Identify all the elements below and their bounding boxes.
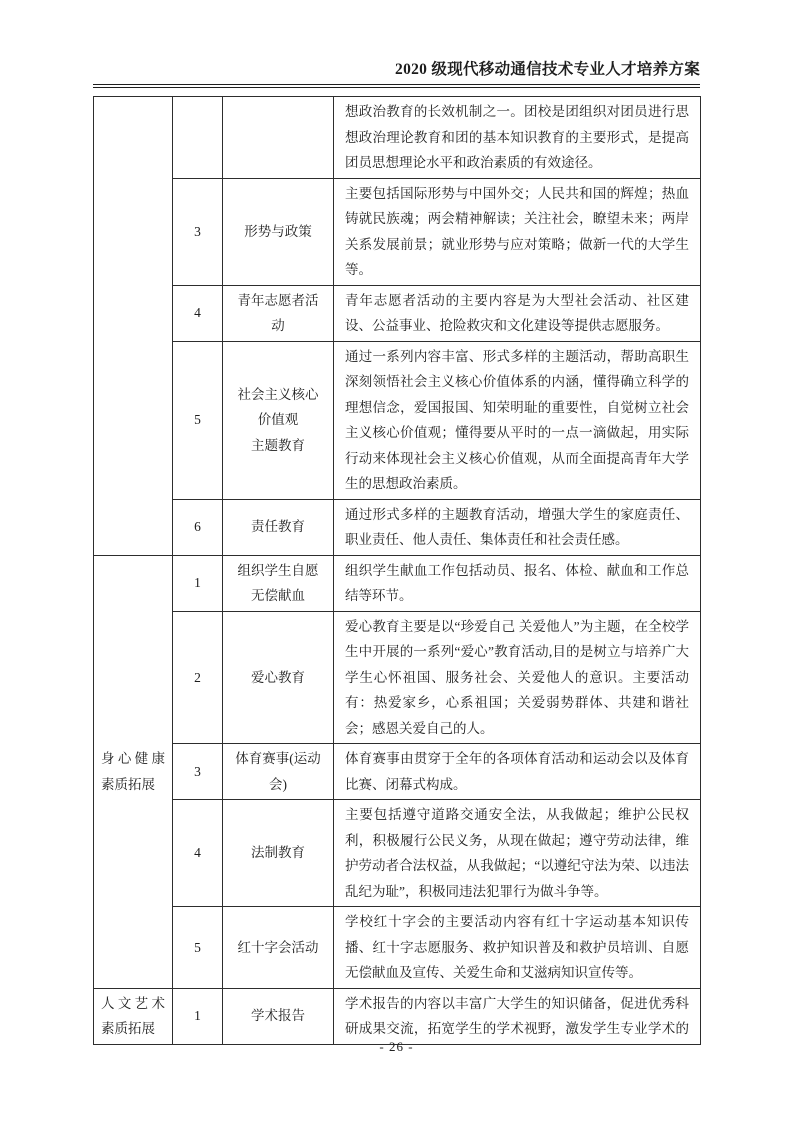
row-number-cell xyxy=(173,97,223,179)
page-number: - 26 - xyxy=(0,1039,793,1055)
table-row: 人文艺术素质拓展1学术报告学术报告的内容以丰富广大学生的知识储备，促进优秀科研成… xyxy=(94,988,701,1044)
training-table-body: 想政治教育的长效机制之一。团校是团组织对团员进行思想政治理论教育和团的基本知识教… xyxy=(94,97,701,1045)
activity-name-cell: 爱心教育 xyxy=(223,611,334,744)
table-row: 4青年志愿者活 动青年志愿者活动的主要内容是为大型社会活动、社区建设、公益事业、… xyxy=(94,285,701,341)
activity-name-cell: 法制教育 xyxy=(223,800,334,907)
row-number-cell: 5 xyxy=(173,907,223,989)
description-cell: 组织学生献血工作包括动员、报名、体检、献血和工作总结等环节。 xyxy=(334,555,701,611)
document-page: 2020 级现代移动通信技术专业人才培养方案 想政治教育的长效机制之一。团校是团… xyxy=(93,0,700,1045)
activity-name-cell: 学术报告 xyxy=(223,988,334,1044)
activity-name-cell: 社会主义核心 价值观 主题教育 xyxy=(223,341,334,499)
header-double-rule xyxy=(93,84,700,88)
description-cell: 学术报告的内容以丰富广大学生的知识储备，促进优秀科研成果交流，拓宽学生的学术视野… xyxy=(334,988,701,1044)
description-cell: 想政治教育的长效机制之一。团校是团组织对团员进行思想政治理论教育和团的基本知识教… xyxy=(334,97,701,179)
row-number-cell: 3 xyxy=(173,178,223,285)
page-header-title: 2020 级现代移动通信技术专业人才培养方案 xyxy=(93,59,700,80)
category-cell: 人文艺术素质拓展 xyxy=(94,988,173,1044)
activity-name-cell: 体育赛事(运动 会) xyxy=(223,744,334,800)
table-row: 3体育赛事(运动 会)体育赛事由贯穿于全年的各项体育活动和运动会以及体育比赛、闭… xyxy=(94,744,701,800)
description-cell: 主要包括遵守道路交通安全法，从我做起；维护公民权利，积极履行公民义务，从现在做起… xyxy=(334,800,701,907)
description-cell: 主要包括国际形势与中国外交；人民共和国的辉煌；热血铸就民族魂；两会精神解读；关注… xyxy=(334,178,701,285)
description-cell: 学校红十字会的主要活动内容有红十字运动基本知识传播、红十字志愿服务、救护知识普及… xyxy=(334,907,701,989)
category-cell xyxy=(94,97,173,556)
table-row: 5红十字会活动学校红十字会的主要活动内容有红十字运动基本知识传播、红十字志愿服务… xyxy=(94,907,701,989)
row-number-cell: 6 xyxy=(173,499,223,555)
description-cell: 爱心教育主要是以“珍爱自己 关爱他人”为主题，在全校学生中开展的一系列“爱心”教… xyxy=(334,611,701,744)
activity-name-cell: 组织学生自愿 无偿献血 xyxy=(223,555,334,611)
row-number-cell: 2 xyxy=(173,611,223,744)
row-number-cell: 1 xyxy=(173,988,223,1044)
table-row: 4法制教育主要包括遵守道路交通安全法，从我做起；维护公民权利，积极履行公民义务，… xyxy=(94,800,701,907)
description-cell: 通过一系列内容丰富、形式多样的主题活动，帮助高职生深刻领悟社会主义核心价值体系的… xyxy=(334,341,701,499)
description-cell: 青年志愿者活动的主要内容是为大型社会活动、社区建设、公益事业、抢险救灾和文化建设… xyxy=(334,285,701,341)
table-row: 2爱心教育爱心教育主要是以“珍爱自己 关爱他人”为主题，在全校学生中开展的一系列… xyxy=(94,611,701,744)
row-number-cell: 1 xyxy=(173,555,223,611)
row-number-cell: 3 xyxy=(173,744,223,800)
description-cell: 体育赛事由贯穿于全年的各项体育活动和运动会以及体育比赛、闭幕式构成。 xyxy=(334,744,701,800)
table-row: 想政治教育的长效机制之一。团校是团组织对团员进行思想政治理论教育和团的基本知识教… xyxy=(94,97,701,179)
table-row: 5社会主义核心 价值观 主题教育通过一系列内容丰富、形式多样的主题活动，帮助高职… xyxy=(94,341,701,499)
row-number-cell: 5 xyxy=(173,341,223,499)
description-cell: 通过形式多样的主题教育活动，增强大学生的家庭责任、职业责任、他人责任、集体责任和… xyxy=(334,499,701,555)
activity-name-cell: 红十字会活动 xyxy=(223,907,334,989)
table-row: 3形势与政策主要包括国际形势与中国外交；人民共和国的辉煌；热血铸就民族魂；两会精… xyxy=(94,178,701,285)
activity-name-cell xyxy=(223,97,334,179)
activity-name-cell: 形势与政策 xyxy=(223,178,334,285)
table-row: 6责任教育通过形式多样的主题教育活动，增强大学生的家庭责任、职业责任、他人责任、… xyxy=(94,499,701,555)
category-cell: 身心健康素质拓展 xyxy=(94,555,173,988)
row-number-cell: 4 xyxy=(173,800,223,907)
quality-development-table: 想政治教育的长效机制之一。团校是团组织对团员进行思想政治理论教育和团的基本知识教… xyxy=(93,96,701,1045)
activity-name-cell: 青年志愿者活 动 xyxy=(223,285,334,341)
row-number-cell: 4 xyxy=(173,285,223,341)
table-row: 身心健康素质拓展1组织学生自愿 无偿献血组织学生献血工作包括动员、报名、体检、献… xyxy=(94,555,701,611)
activity-name-cell: 责任教育 xyxy=(223,499,334,555)
